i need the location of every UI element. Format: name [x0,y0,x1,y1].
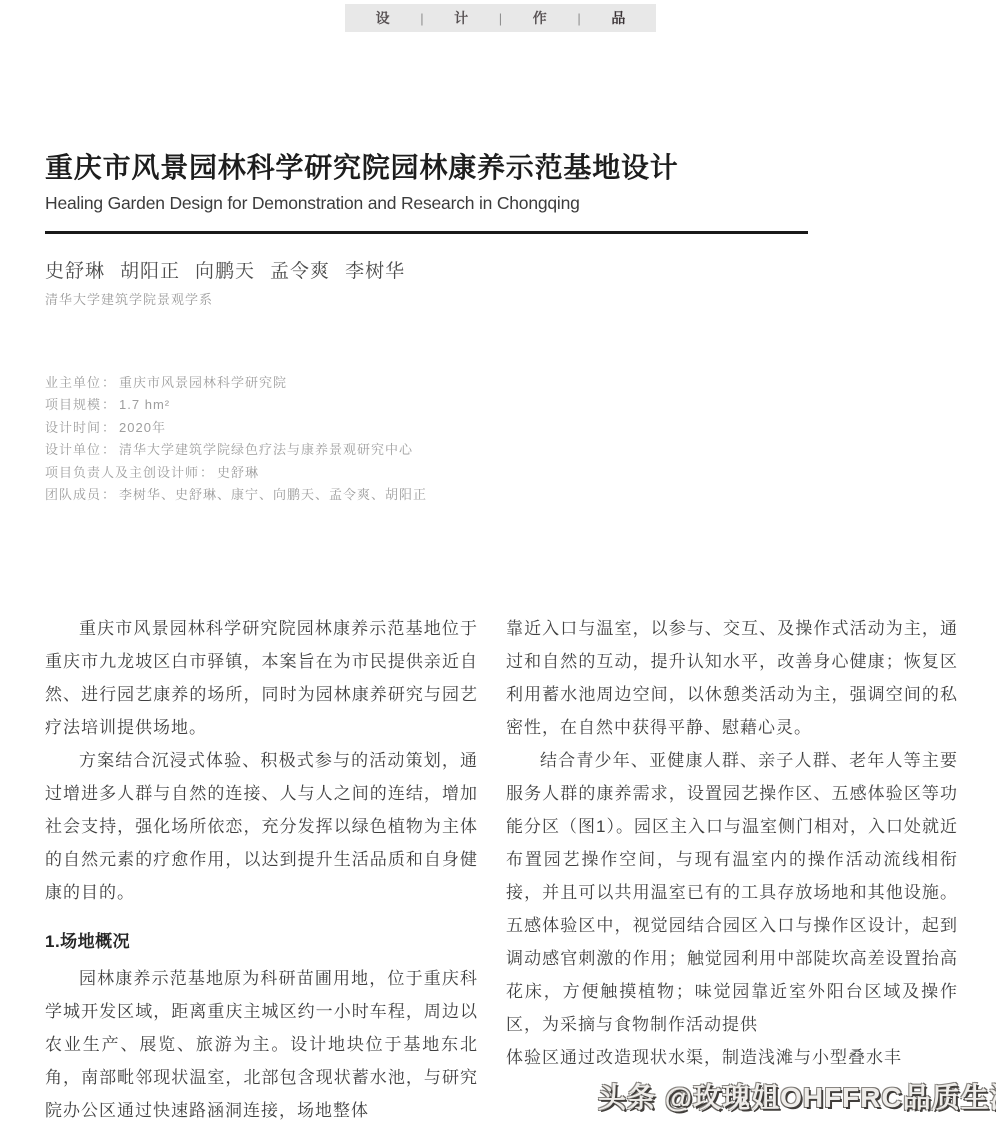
author-name: 胡阳正 [120,256,180,283]
paragraph: 方案结合沉浸式体验、积极式参与的活动策划，通过增进多人群与自然的连接、人与人之间… [45,744,478,909]
paragraph: 结合青少年、亚健康人群、亲子人群、老年人等主要服务人群的康养需求，设置园艺操作区… [506,744,958,1041]
meta-line-scale: 项目规模：1.7 hm² [45,394,427,416]
left-column: 重庆市风景园林科学研究院园林康养示范基地位于重庆市九龙坡区白市驿镇，本案旨在为市… [45,612,478,1124]
meta-colon: ： [101,375,119,390]
meta-line-client: 业主单位：重庆市风景园林科学研究院 [45,372,427,394]
project-metadata: 业主单位：重庆市风景园林科学研究院 项目规模：1.7 hm² 设计时间：2020… [45,372,427,506]
author-name: 孟令爽 [270,256,330,283]
page-subtitle-english: Healing Garden Design for Demonstration … [45,193,580,214]
right-column: 靠近入口与温室，以参与、交互、及操作式活动为主，通过和自然的互动，提升认知水平，… [506,612,958,1124]
page-title: 重庆市风景园林科学研究院园林康养示范基地设计 [45,146,679,186]
meta-colon: ： [101,420,119,435]
paragraph: 体验区通过改造现状水渠，制造浅滩与小型叠水丰 [506,1041,958,1074]
meta-label: 设计单位 [45,442,101,457]
header-banner: 设 | 计 | 作 | 品 [345,4,656,32]
banner-char-zuo: 作 [533,8,547,28]
banner-separator: | [420,11,423,26]
meta-label: 项目规模 [45,397,101,412]
meta-line-lead-designer: 项目负责人及主创设计师：史舒琳 [45,462,427,484]
meta-colon: ： [101,442,119,457]
article-page: 设 | 计 | 作 | 品 重庆市风景园林科学研究院园林康养示范基地设计 Hea… [0,0,996,1124]
paragraph: 重庆市风景园林科学研究院园林康养示范基地位于重庆市九龙坡区白市驿镇，本案旨在为市… [45,612,478,744]
meta-colon: ： [199,465,217,480]
meta-value: 重庆市风景园林科学研究院 [119,375,287,390]
author-affiliation: 清华大学建筑学院景观学系 [45,289,213,308]
author-name: 向鹏天 [195,256,255,283]
meta-colon: ： [101,487,119,502]
meta-value: 2020年 [119,420,166,435]
meta-line-design-unit: 设计单位：清华大学建筑学院绿色疗法与康养景观研究中心 [45,439,427,461]
paragraph: 靠近入口与温室，以参与、交互、及操作式活动为主，通过和自然的互动，提升认知水平，… [506,612,958,744]
article-body: 重庆市风景园林科学研究院园林康养示范基地位于重庆市九龙坡区白市驿镇，本案旨在为市… [45,612,958,1124]
banner-separator: | [499,11,502,26]
author-list: 史舒琳 胡阳正 向鹏天 孟令爽 李树华 [45,256,405,283]
banner-char-pin: 品 [611,8,625,28]
meta-value: 史舒琳 [217,465,259,480]
paragraph: 园林康养示范基地原为科研苗圃用地，位于重庆科学城开发区域，距离重庆主城区约一小时… [45,962,478,1124]
meta-colon: ： [101,397,119,412]
title-divider [45,231,808,234]
meta-value: 清华大学建筑学院绿色疗法与康养景观研究中心 [119,442,413,457]
meta-label: 设计时间 [45,420,101,435]
meta-line-team-members: 团队成员：李树华、史舒琳、康宁、向鹏天、孟令爽、胡阳正 [45,484,427,506]
author-name: 史舒琳 [45,256,105,283]
meta-label: 项目负责人及主创设计师 [45,465,199,480]
meta-line-design-time: 设计时间：2020年 [45,417,427,439]
banner-char-ji: 计 [454,8,468,28]
banner-separator: | [577,11,580,26]
banner-char-she: 设 [376,8,390,28]
author-name: 李树华 [345,256,405,283]
meta-label: 业主单位 [45,375,101,390]
meta-value: 李树华、史舒琳、康宁、向鹏天、孟令爽、胡阳正 [119,487,427,502]
meta-label: 团队成员 [45,487,101,502]
toutiao-watermark: 头条 @玫瑰姐OHFFRC品质生活 [598,1076,996,1116]
meta-value: 1.7 hm² [119,397,170,412]
section-heading-site-overview: 1.场地概况 [45,925,478,958]
